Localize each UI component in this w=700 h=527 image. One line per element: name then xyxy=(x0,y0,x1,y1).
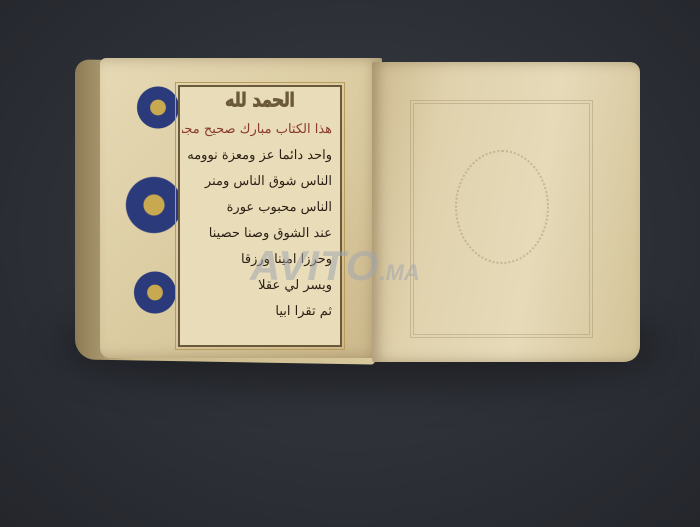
manuscript-line: الناس محبوب عورة xyxy=(182,200,332,215)
watermark-logo: AVITO.MA xyxy=(250,242,420,290)
side-ornament-middle xyxy=(118,170,178,240)
manuscript-line: الناس شوق الناس ومنر xyxy=(182,174,332,189)
manuscript-line: هذا الكتاب مبارك صحيح مجرب xyxy=(182,122,332,137)
faded-medallion xyxy=(455,150,549,264)
watermark-tld: .MA xyxy=(379,260,419,285)
manuscript-line: واحد دائما عز ومعزة نوومه xyxy=(182,148,332,163)
manuscript-line: ثم تقرا ابيا xyxy=(182,304,332,319)
corner-ornament-top xyxy=(128,85,178,130)
manuscript-heading: الحمد لله xyxy=(190,90,330,111)
watermark-main: AVITO xyxy=(250,242,379,289)
corner-ornament-bottom xyxy=(125,270,175,315)
manuscript-line: عند الشوق وصنا حصينا xyxy=(182,226,332,241)
